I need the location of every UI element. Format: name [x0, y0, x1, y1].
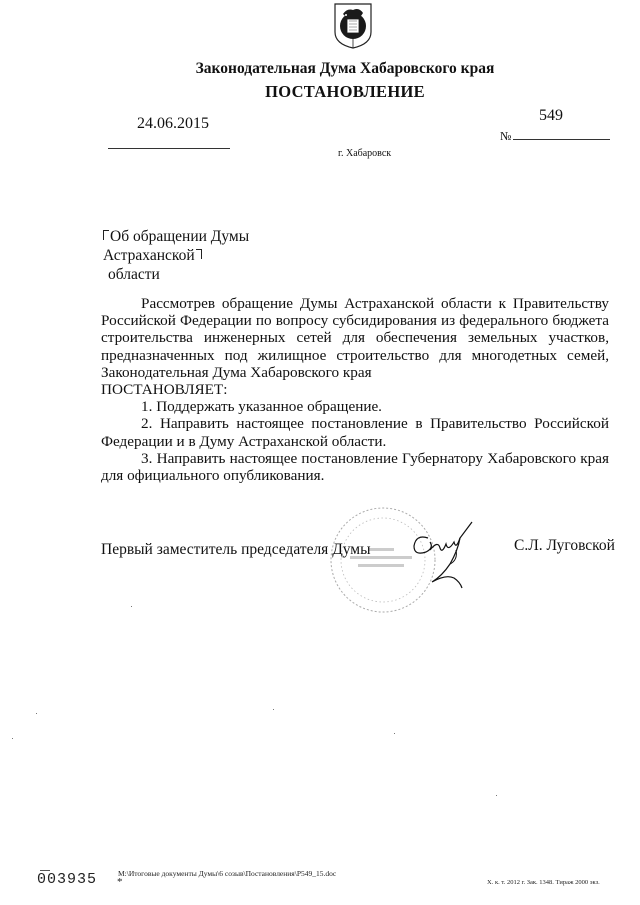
scan-speck	[273, 709, 274, 710]
file-path: М:\Итоговые документы Думы\6 созыв\Поста…	[118, 869, 336, 878]
decree-word: ПОСТАНОВЛЯЕТ:	[101, 381, 609, 398]
signatory-title: Первый заместитель председателя Думы	[101, 541, 371, 559]
bracket-right-icon	[196, 249, 202, 259]
scan-speck	[496, 795, 497, 796]
number-underline	[513, 139, 610, 140]
document-date: 24.06.2015	[137, 115, 209, 133]
date-underline	[108, 148, 230, 149]
asterisk-mark-icon: *	[117, 876, 123, 888]
document-subject: Об обращении Думы Астраханской области	[103, 227, 343, 284]
form-counter-number: 003935	[37, 871, 97, 888]
decree-item-3: 3. Направить настоящее постановление Губ…	[101, 450, 609, 484]
scan-speck	[36, 713, 37, 714]
handwritten-signature-icon	[410, 520, 490, 590]
preamble-paragraph: Рассмотрев обращение Думы Астраханской о…	[101, 295, 609, 381]
decree-item-2: 2. Направить настоящее постановление в П…	[101, 415, 609, 449]
subject-text: Об обращении Думы Астраханской	[103, 228, 249, 264]
subject-line-1: Об обращении Думы Астраханской	[103, 227, 343, 265]
document-number: 549	[539, 107, 563, 125]
document-body: Рассмотрев обращение Думы Астраханской о…	[101, 295, 609, 484]
decree-item-1: 1. Поддержать указанное обращение.	[101, 398, 609, 415]
scan-speck	[131, 606, 132, 607]
signatory-name: С.Л. Луговской	[514, 537, 615, 555]
subject-line-2: области	[103, 265, 343, 284]
number-sign: №	[500, 129, 511, 144]
scan-speck	[12, 738, 13, 739]
print-info: Х. к. т. 2012 г. Зак. 1348. Тираж 2000 э…	[487, 879, 600, 886]
coat-of-arms-icon	[333, 2, 373, 50]
bracket-left-icon	[103, 230, 109, 240]
document-type-title: ПОСТАНОВЛЕНИЕ	[0, 82, 640, 102]
city-label: г. Хабаровск	[338, 148, 391, 159]
scan-speck	[394, 733, 395, 734]
organization-name: Законодательная Дума Хабаровского края	[0, 60, 640, 78]
